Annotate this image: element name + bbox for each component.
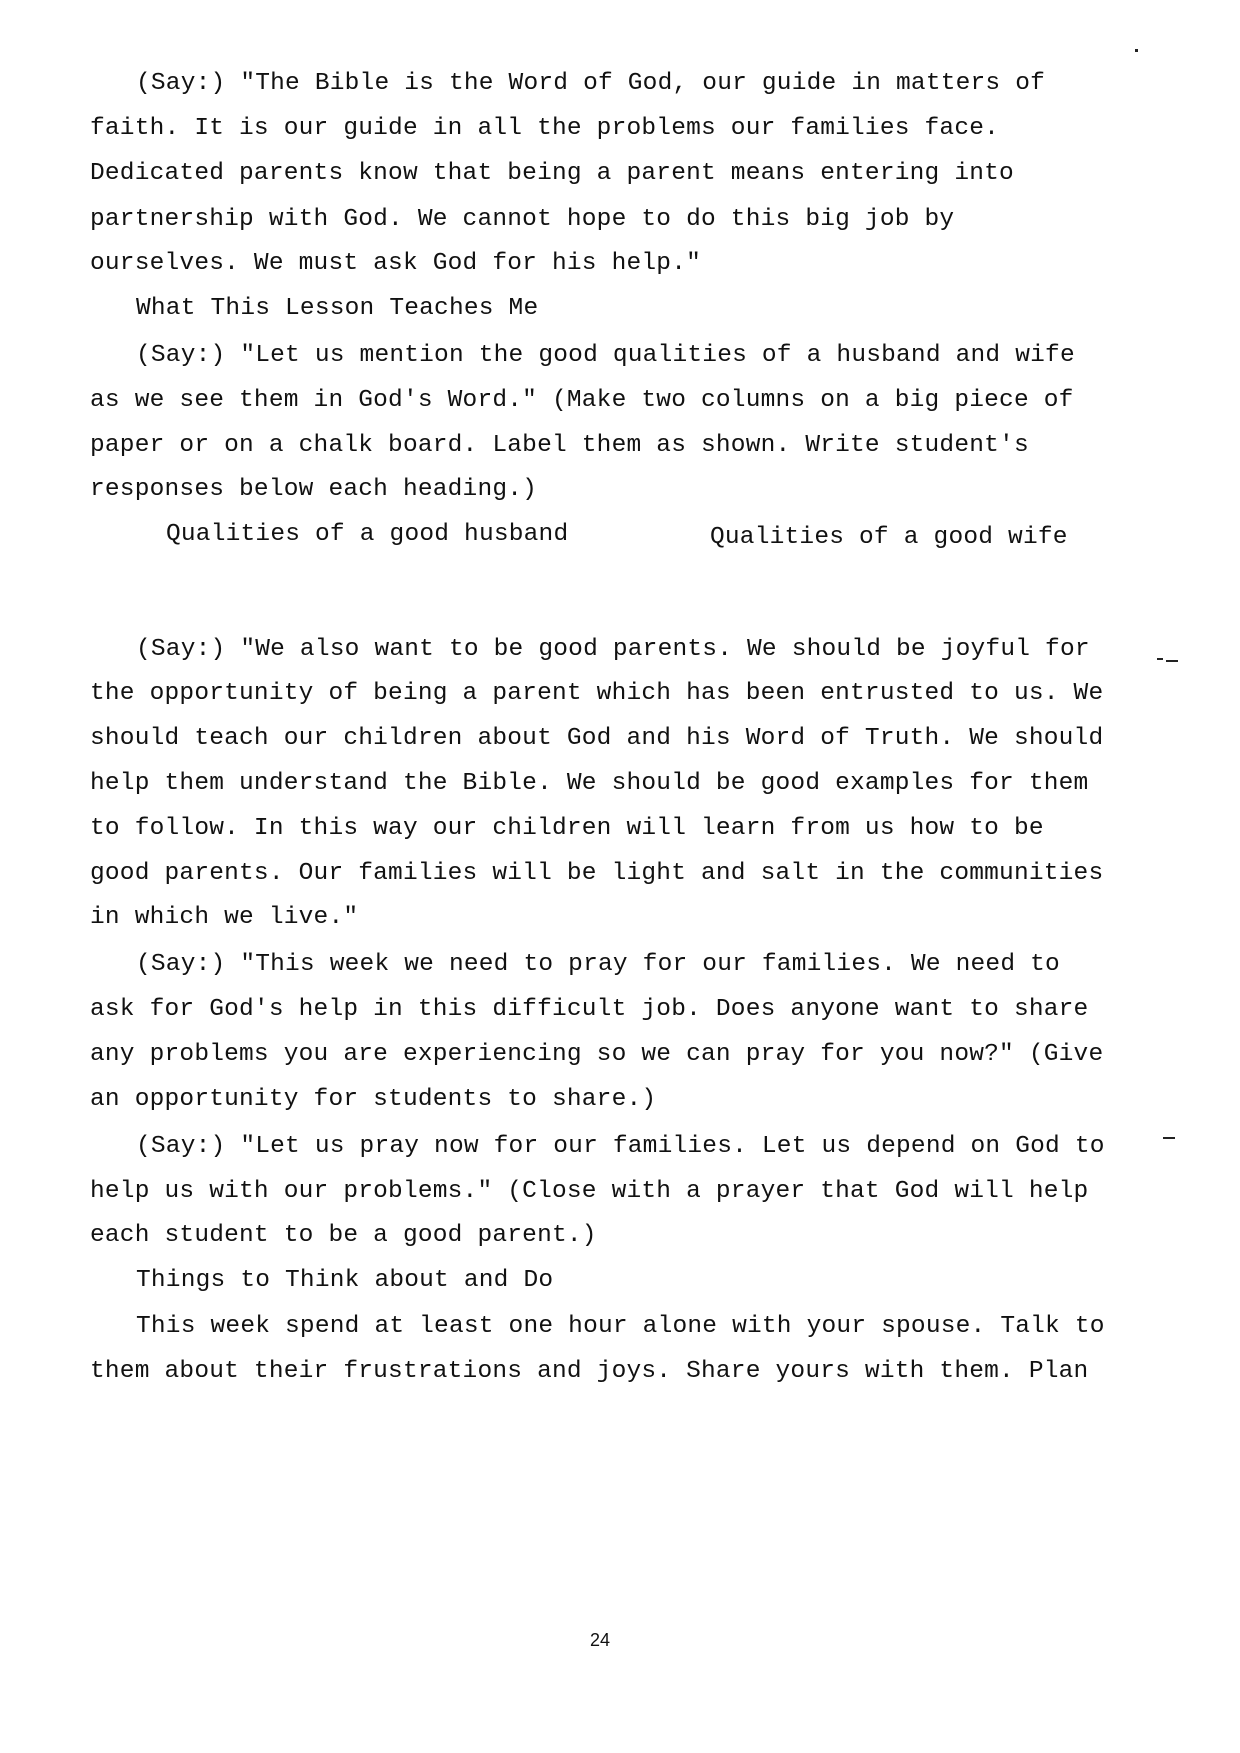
- scan-artifact: [1157, 658, 1163, 660]
- paragraph-line: help us with our problems." (Close with …: [90, 1178, 1088, 1205]
- scan-artifact: [1163, 1137, 1175, 1139]
- column-heading-wife: Qualities of a good wife: [710, 524, 1068, 551]
- paragraph-line: paper or on a chalk board. Label them as…: [90, 432, 1029, 459]
- section-heading: What This Lesson Teaches Me: [136, 295, 538, 322]
- paragraph-line: (Say:) "Let us mention the good qualitie…: [136, 342, 1075, 369]
- paragraph-line: (Say:) "The Bible is the Word of God, ou…: [136, 70, 1045, 97]
- paragraph-line: (Say:) "Let us pray now for our families…: [136, 1133, 1105, 1160]
- paragraph-line: should teach our children about God and …: [90, 725, 1103, 752]
- scan-artifact: [1135, 49, 1138, 52]
- paragraph-line: (Say:) "This week we need to pray for ou…: [136, 951, 1060, 978]
- paragraph-line: as we see them in God's Word." (Make two…: [90, 387, 1074, 414]
- paragraph-line: partnership with God. We cannot hope to …: [90, 206, 954, 233]
- document-page: (Say:) "The Bible is the Word of God, ou…: [0, 0, 1240, 1753]
- paragraph-line: Dedicated parents know that being a pare…: [90, 160, 1014, 187]
- paragraph-line: to follow. In this way our children will…: [90, 815, 1044, 842]
- paragraph-line: good parents. Our families will be light…: [90, 860, 1103, 887]
- paragraph-line: in which we live.": [90, 904, 358, 931]
- paragraph-line: ask for God's help in this difficult job…: [90, 996, 1088, 1023]
- paragraph-line: This week spend at least one hour alone …: [136, 1313, 1105, 1340]
- page-number: 24: [0, 1630, 1200, 1651]
- paragraph-line: ourselves. We must ask God for his help.…: [90, 250, 701, 277]
- paragraph-line: any problems you are experiencing so we …: [90, 1041, 1103, 1068]
- paragraph-line: faith. It is our guide in all the proble…: [90, 115, 999, 142]
- paragraph-line: help them understand the Bible. We shoul…: [90, 770, 1088, 797]
- section-heading: Things to Think about and Do: [136, 1267, 553, 1294]
- paragraph-line: an opportunity for students to share.): [90, 1086, 656, 1113]
- column-heading-husband: Qualities of a good husband: [166, 521, 568, 548]
- paragraph-line: them about their frustrations and joys. …: [90, 1358, 1088, 1385]
- scan-artifact: [1166, 660, 1178, 662]
- paragraph-line: the opportunity of being a parent which …: [90, 680, 1103, 707]
- paragraph-line: each student to be a good parent.): [90, 1222, 597, 1249]
- paragraph-line: responses below each heading.): [90, 476, 537, 503]
- paragraph-line: (Say:) "We also want to be good parents.…: [136, 636, 1090, 663]
